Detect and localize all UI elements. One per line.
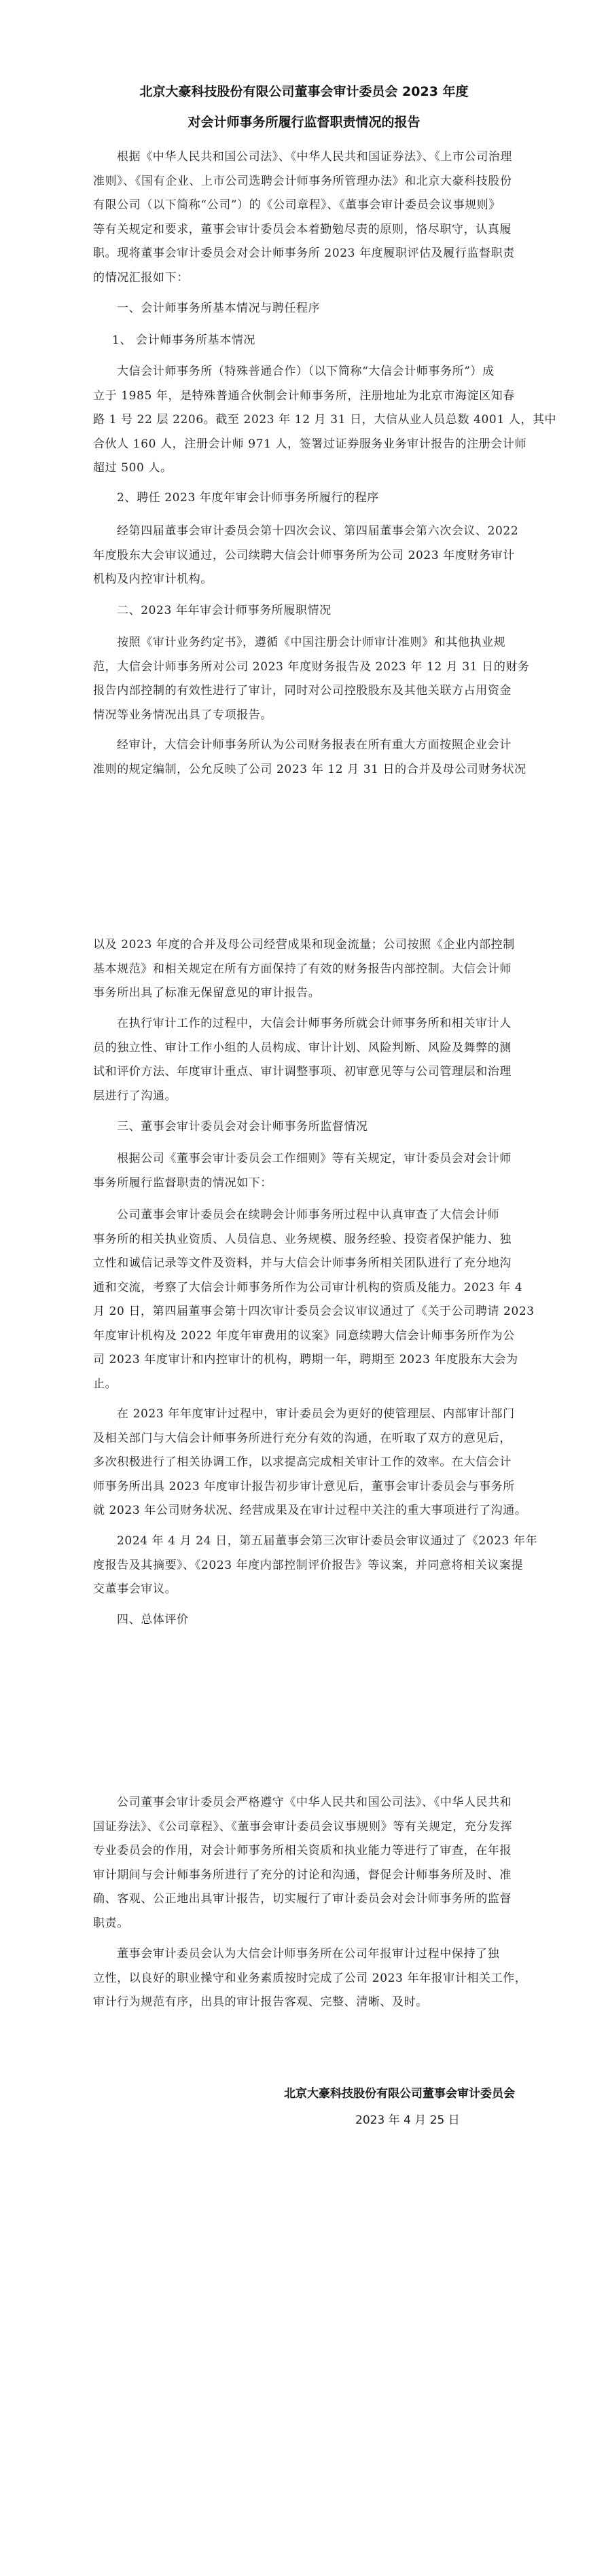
section-4-paragraph-1: 公司董事会审计委员会严格遵守《中华人民共和国公司法》、《中华人民共和 国证券法》… — [93, 1791, 515, 1936]
text-line: 立性，以良好的职业操守和业务素质按时完成了公司 2023 年年报审计相关工作， — [93, 1967, 515, 1991]
section-2-paragraph-2-page-2: 以及 2023 年度的合并及母公司经营成果和现金流量；公司按照《企业内部控制 基… — [93, 933, 515, 1006]
section-2-heading: 二、2023 年年审会计师事务所履职情况 — [117, 599, 332, 623]
text-line: 报告内部控制的有效性进行了审计，同时对公司控股股东及其他关联方占用资金 — [93, 679, 515, 704]
section-2-paragraph-1: 按照《审计业务约定书》，遵循《中国注册会计师审计准则》和其他执业规 范，大信会计… — [93, 631, 515, 727]
text-line: 等有关规定和要求，董事会审计委员会本着勤勉尽责的原则，恪尽职守，认真履 — [93, 218, 515, 242]
text-line: 确、客观、公正地出具审计报告，切实履行了审计委员会对会计师事务所的监督 — [93, 1887, 515, 1912]
intro-paragraph: 根据《中华人民共和国公司法》、《中华人民共和国证券法》、《上市公司治理 准则》、… — [93, 145, 515, 290]
section-1-2-heading: 2、聘任 2023 年度年审会计师事务所履行的程序 — [117, 486, 379, 511]
text-line: 超过 500 人。 — [93, 456, 515, 481]
section-3-paragraph-4: 2024 年 4 月 24 日，第五届董事会第三次审计委员会审议通过了《2023… — [93, 1529, 515, 1602]
text-line: 在 2023 年年度审计过程中，审计委员会为更好的使管理层、内部审计部门 — [93, 1402, 515, 1427]
text-line: 职。现将董事会审计委员会对会计师事务所 2023 年度履职评估及履行监督职责 — [93, 242, 515, 266]
text-line: 度报告及其摘要》、《2023 年度内部控制评价报告》等议案，并同意将相关议案提 — [93, 1554, 515, 1578]
text-line: 范，大信会计师事务所对公司 2023 年度财务报告及 2023 年 12 月 3… — [93, 655, 515, 680]
text-line: 国证券法》、《公司章程》、《董事会审计委员会议事规则》等有关规定，充分发挥 — [93, 1815, 515, 1840]
text-line: 事务所出具了标准无保留意见的审计报告。 — [93, 981, 515, 1006]
text-line: 公司董事会审计委员会严格遵守《中华人民共和国公司法》、《中华人民共和 — [93, 1791, 515, 1815]
document-title-line-1: 北京大豪科技股份有限公司董事会审计委员会 2023 年度 — [0, 83, 608, 101]
document-page: 北京大豪科技股份有限公司董事会审计委员会 2023 年度 对会计师事务所履行监督… — [0, 0, 608, 2576]
text-line: 根据公司《董事会审计委员会工作细则》等有关规定，审计委员会对会计师 — [93, 1147, 515, 1172]
section-1-1-paragraph: 大信会计师事务所（特殊普通合作）（以下简称“大信会计师事务所”）成 立于 198… — [93, 360, 515, 481]
text-line: 公司董事会审计委员会在续聘会计师事务所过程中认真审查了大信会计师 — [93, 1203, 515, 1228]
text-line: 员的独立性、审计工作小组的人员构成、审计计划、风险判断、风险及舞弊的测 — [93, 1036, 515, 1061]
text-line: 准则的规定编制，公允反映了公司 2023 年 12 月 31 日的合并及母公司财… — [93, 758, 515, 782]
section-3-paragraph-2: 公司董事会审计委员会在续聘会计师事务所过程中认真审查了大信会计师 事务所的相关执… — [93, 1203, 515, 1396]
text-line: 层进行了沟通。 — [93, 1085, 515, 1109]
text-line: 有限公司（以下简称“公司”）的《公司章程》、《董事会审计委员会议事规则》 — [93, 194, 515, 218]
text-line: 经第四届董事会审计委员会第十四次会议、第四届董事会第六次会议、2022 — [93, 520, 515, 544]
section-3-paragraph-3: 在 2023 年年度审计过程中，审计委员会为更好的使管理层、内部审计部门 及相关… — [93, 1402, 515, 1523]
section-4-paragraph-2: 董事会审计委员会认为大信会计师事务所在公司年报审计过程中保持了独 立性，以良好的… — [93, 1942, 515, 2015]
text-line: 止。 — [93, 1373, 515, 1397]
text-line: 就 2023 年公司财务状况、经营成果及在审计过程中关注的重大事项进行了沟通。 — [93, 1499, 515, 1523]
section-1-1-heading: 1、 会计师事务所基本情况 — [112, 329, 255, 353]
text-line: 专业委员会的作用，对会计师事务所相关资质和执业能力等进行了审查，在年报 — [93, 1839, 515, 1864]
text-line: 准则》、《国有企业、上市公司选聘会计师事务所管理办法》和北京大豪科技股份 — [93, 170, 515, 194]
text-line: 以及 2023 年度的合并及母公司经营成果和现金流量；公司按照《企业内部控制 — [93, 933, 515, 958]
text-line: 年度股东大会审议通过，公司续聘大信会计师事务所为公司 2023 年度财务审计 — [93, 544, 515, 568]
text-line: 合伙人 160 人，注册会计师 971 人，签署过证券服务业务审计报告的注册会计… — [93, 433, 515, 457]
text-line: 机构及内控审计机构。 — [93, 568, 515, 592]
text-line: 2024 年 4 月 24 日，第五届董事会第三次审计委员会审议通过了《2023… — [93, 1529, 515, 1554]
text-line: 试和评价方法、年度审计重点、审计调整事项、初审意见等与公司管理层和治理 — [93, 1060, 515, 1085]
section-1-heading: 一、会计师事务所基本情况与聘任程序 — [117, 297, 320, 321]
section-2-paragraph-2-page-1: 经审计，大信会计师事务所认为公司财务报表在所有重大方面按照企业会计 准则的规定编… — [93, 733, 515, 782]
text-line: 按照《审计业务约定书》，遵循《中国注册会计师审计准则》和其他执业规 — [93, 631, 515, 655]
signature-date: 2023 年 4 月 25 日 — [355, 2111, 460, 2129]
text-line: 年度审计机构及 2022 年度年审费用的议案》同意续聘大信会计师事务所作为公 — [93, 1324, 515, 1349]
signature: 北京大豪科技股份有限公司董事会审计委员会 — [270, 2085, 515, 2103]
text-line: 月 20 日，第四届董事会第十四次审计委员会会议审议通过了《关于公司聘请 202… — [93, 1300, 515, 1324]
document-title-line-2: 对会计师事务所履行监督职责情况的报告 — [0, 113, 608, 131]
text-line: 在执行审计工作的过程中，大信会计师事务所就会计师事务所和相关审计人 — [93, 1012, 515, 1036]
section-3-paragraph-1: 根据公司《董事会审计委员会工作细则》等有关规定，审计委员会对会计师 事务所履行监… — [93, 1147, 515, 1195]
text-line: 路 1 号 22 层 2206。截至 2023 年 12 月 31 日，大信从业… — [93, 408, 515, 433]
section-2-paragraph-3: 在执行审计工作的过程中，大信会计师事务所就会计师事务所和相关审计人 员的独立性、… — [93, 1012, 515, 1108]
text-line: 师事务所出具 2023 年度审计报告初步审计意见后，董事会审计委员会与事务所 — [93, 1475, 515, 1500]
section-3-heading: 三、董事会审计委员会对会计师事务所监督情况 — [117, 1115, 368, 1140]
text-line: 多次积极进行了相关协调工作，以求提高完成相关审计工作的效率。在大信会计 — [93, 1451, 515, 1475]
text-line: 根据《中华人民共和国公司法》、《中华人民共和国证券法》、《上市公司治理 — [93, 145, 515, 170]
text-line: 的情况汇报如下： — [93, 266, 515, 291]
text-line: 情况等业务情况出具了专项报告。 — [93, 704, 515, 728]
text-line: 经审计，大信会计师事务所认为公司财务报表在所有重大方面按照企业会计 — [93, 733, 515, 758]
text-line: 通和交流，考察了大信会计师事务所作为公司审计机构的资质及能力。2023 年 4 — [93, 1276, 515, 1301]
text-line: 事务所的相关执业资质、人员信息、业务规模、服务经验、投资者保护能力、独 — [93, 1228, 515, 1252]
text-line: 职责。 — [93, 1912, 515, 1936]
text-line: 司 2023 年度审计和内控审计的机构，聘期一年，聘期至 2023 年度股东大会… — [93, 1348, 515, 1373]
text-line: 及相关部门与大信会计师事务所进行充分有效的沟通，在听取了双方的意见后， — [93, 1427, 515, 1451]
text-line: 大信会计师事务所（特殊普通合作）（以下简称“大信会计师事务所”）成 — [93, 360, 515, 384]
text-line: 立于 1985 年，是特殊普通合伙制会计师事务所，注册地址为北京市海淀区知春 — [93, 384, 515, 409]
section-4-heading: 四、总体评价 — [117, 1608, 189, 1633]
text-line: 基本规范》和相关规定在所有方面保持了有效的财务报告内部控制。大信会计师 — [93, 958, 515, 982]
section-1-2-paragraph: 经第四届董事会审计委员会第十四次会议、第四届董事会第六次会议、2022 年度股东… — [93, 520, 515, 592]
text-line: 审计行为规范有序，出具的审计报告客观、完整、清晰、及时。 — [93, 1991, 515, 2015]
text-line: 事务所履行监督职责的情况如下： — [93, 1172, 515, 1196]
text-line: 立性和诚信记录等文件及资料，并与大信会计师事务所相关团队进行了充分地沟 — [93, 1252, 515, 1276]
text-line: 董事会审计委员会认为大信会计师事务所在公司年报审计过程中保持了独 — [93, 1942, 515, 1967]
text-line: 交董事会审议。 — [93, 1578, 515, 1602]
text-line: 审计期间与会计师事务所进行了充分的讨论和沟通，督促会计师事务所及时、准 — [93, 1864, 515, 1888]
